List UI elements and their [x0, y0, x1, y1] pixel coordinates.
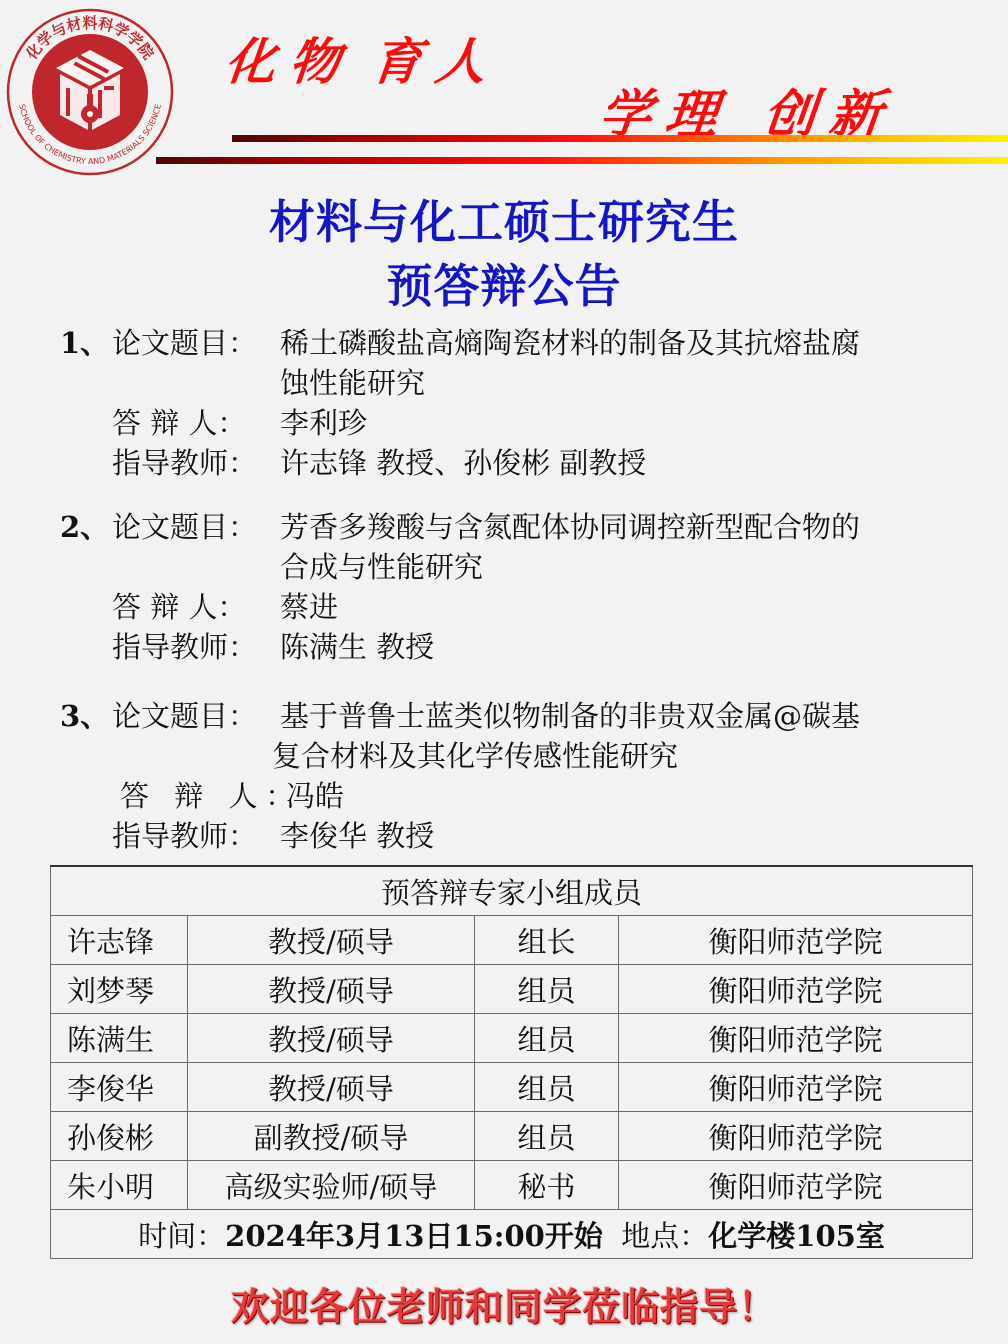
- member-institution: 衡阳师范学院: [619, 916, 973, 965]
- member-institution: 衡阳师范学院: [619, 1161, 973, 1210]
- member-institution: 衡阳师范学院: [619, 1112, 973, 1161]
- thesis-title-continued: 合成与性能研究: [280, 547, 483, 587]
- welcome-banner: 欢迎各位老师和同学莅临指导！: [0, 1276, 1008, 1331]
- member-role: 组员: [475, 1063, 619, 1112]
- defender-label: 答 辩 人：: [112, 587, 246, 627]
- thesis-title: 稀土磷酸盐高熵陶瓷材料的制备及其抗熔盐腐: [280, 323, 860, 363]
- place-value: 化学楼105室: [708, 1219, 885, 1253]
- table-row: 李俊华 教授/硕导 组员 衡阳师范学院: [51, 1063, 973, 1112]
- table-row: 孙俊彬 副教授/硕导 组员 衡阳师范学院: [51, 1112, 973, 1161]
- thesis-title-continued: 蚀性能研究: [280, 363, 425, 403]
- defender-label: 答 辩 人：: [120, 776, 302, 816]
- gradient-divider-lower: [156, 157, 1008, 164]
- table-footer-row: 时间：2024年3月13日15:00开始 地点：化学楼105室: [51, 1210, 973, 1259]
- member-institution: 衡阳师范学院: [619, 1014, 973, 1063]
- table-row: 刘梦琴 教授/硕导 组员 衡阳师范学院: [51, 965, 973, 1014]
- member-name: 许志锋: [51, 916, 188, 965]
- advisor-names: 李俊华 教授: [280, 816, 434, 856]
- member-name: 李俊华: [51, 1063, 188, 1112]
- time-value: 2024年3月13日15:00开始: [225, 1219, 603, 1253]
- member-title: 教授/硕导: [188, 916, 475, 965]
- advisor-label: 指导教师：: [112, 443, 257, 483]
- member-role: 秘书: [475, 1161, 619, 1210]
- member-role: 组长: [475, 916, 619, 965]
- thesis-title-label: 论文题目：: [112, 323, 257, 363]
- thesis-title: 基于普鲁士蓝类似物制备的非贵双金属@碳基: [280, 696, 860, 736]
- member-role: 组员: [475, 1014, 619, 1063]
- school-logo: 化学与材料科学学院 SCHOOL OF CHEMISTRY AND MATERI…: [4, 6, 176, 178]
- member-institution: 衡阳师范学院: [619, 1063, 973, 1112]
- defender-name: 蔡进: [280, 587, 338, 627]
- place-label: 地点：: [621, 1219, 708, 1253]
- member-institution: 衡阳师范学院: [619, 965, 973, 1014]
- advisor-names: 陈满生 教授: [280, 627, 434, 667]
- member-title: 教授/硕导: [188, 1014, 475, 1063]
- member-title: 高级实验师/硕导: [188, 1161, 475, 1210]
- thesis-title-continued: 复合材料及其化学传感性能研究: [272, 736, 678, 776]
- defender-label: 答 辩 人：: [112, 403, 246, 443]
- member-name: 朱小明: [51, 1161, 188, 1210]
- entry-number: 2、: [60, 507, 109, 547]
- table-heading-row: 预答辩专家小组成员: [51, 866, 973, 916]
- member-role: 组员: [475, 965, 619, 1014]
- table-row: 陈满生 教授/硕导 组员 衡阳师范学院: [51, 1014, 973, 1063]
- member-name: 刘梦琴: [51, 965, 188, 1014]
- time-label: 时间：: [138, 1219, 225, 1253]
- schedule-info: 时间：2024年3月13日15:00开始 地点：化学楼105室: [51, 1210, 973, 1259]
- member-title: 教授/硕导: [188, 965, 475, 1014]
- page-title: 材料与化工硕士研究生: [0, 186, 1008, 252]
- defender-name: 李利珍: [280, 403, 367, 443]
- thesis-title-label: 论文题目：: [112, 507, 257, 547]
- panel-heading: 预答辩专家小组成员: [51, 866, 973, 916]
- member-title: 教授/硕导: [188, 1063, 475, 1112]
- slogan-part-2: 育人: [369, 32, 503, 91]
- member-role: 组员: [475, 1112, 619, 1161]
- member-title: 副教授/硕导: [188, 1112, 475, 1161]
- slogan-part-1: 化物: [223, 32, 357, 91]
- advisor-names: 许志锋 教授、孙俊彬 副教授: [280, 443, 646, 483]
- advisor-label: 指导教师：: [112, 627, 257, 667]
- thesis-title: 芳香多羧酸与含氮配体协同调控新型配合物的: [280, 507, 860, 547]
- thesis-title-label: 论文题目：: [112, 696, 257, 736]
- table-row: 朱小明 高级实验师/硕导 秘书 衡阳师范学院: [51, 1161, 973, 1210]
- table-row: 许志锋 教授/硕导 组长 衡阳师范学院: [51, 916, 973, 965]
- defender-name: 冯皓: [286, 776, 344, 816]
- gradient-divider-upper: [232, 135, 1008, 142]
- entry-number: 3、: [60, 696, 109, 736]
- slogan-line-1: 化物育人: [222, 22, 504, 94]
- expert-panel-table: 预答辩专家小组成员 许志锋 教授/硕导 组长 衡阳师范学院 刘梦琴 教授/硕导 …: [50, 865, 973, 1259]
- member-name: 孙俊彬: [51, 1112, 188, 1161]
- page-subtitle: 预答辩公告: [0, 250, 1008, 316]
- entry-number: 1、: [60, 323, 109, 363]
- advisor-label: 指导教师：: [112, 816, 257, 856]
- member-name: 陈满生: [51, 1014, 188, 1063]
